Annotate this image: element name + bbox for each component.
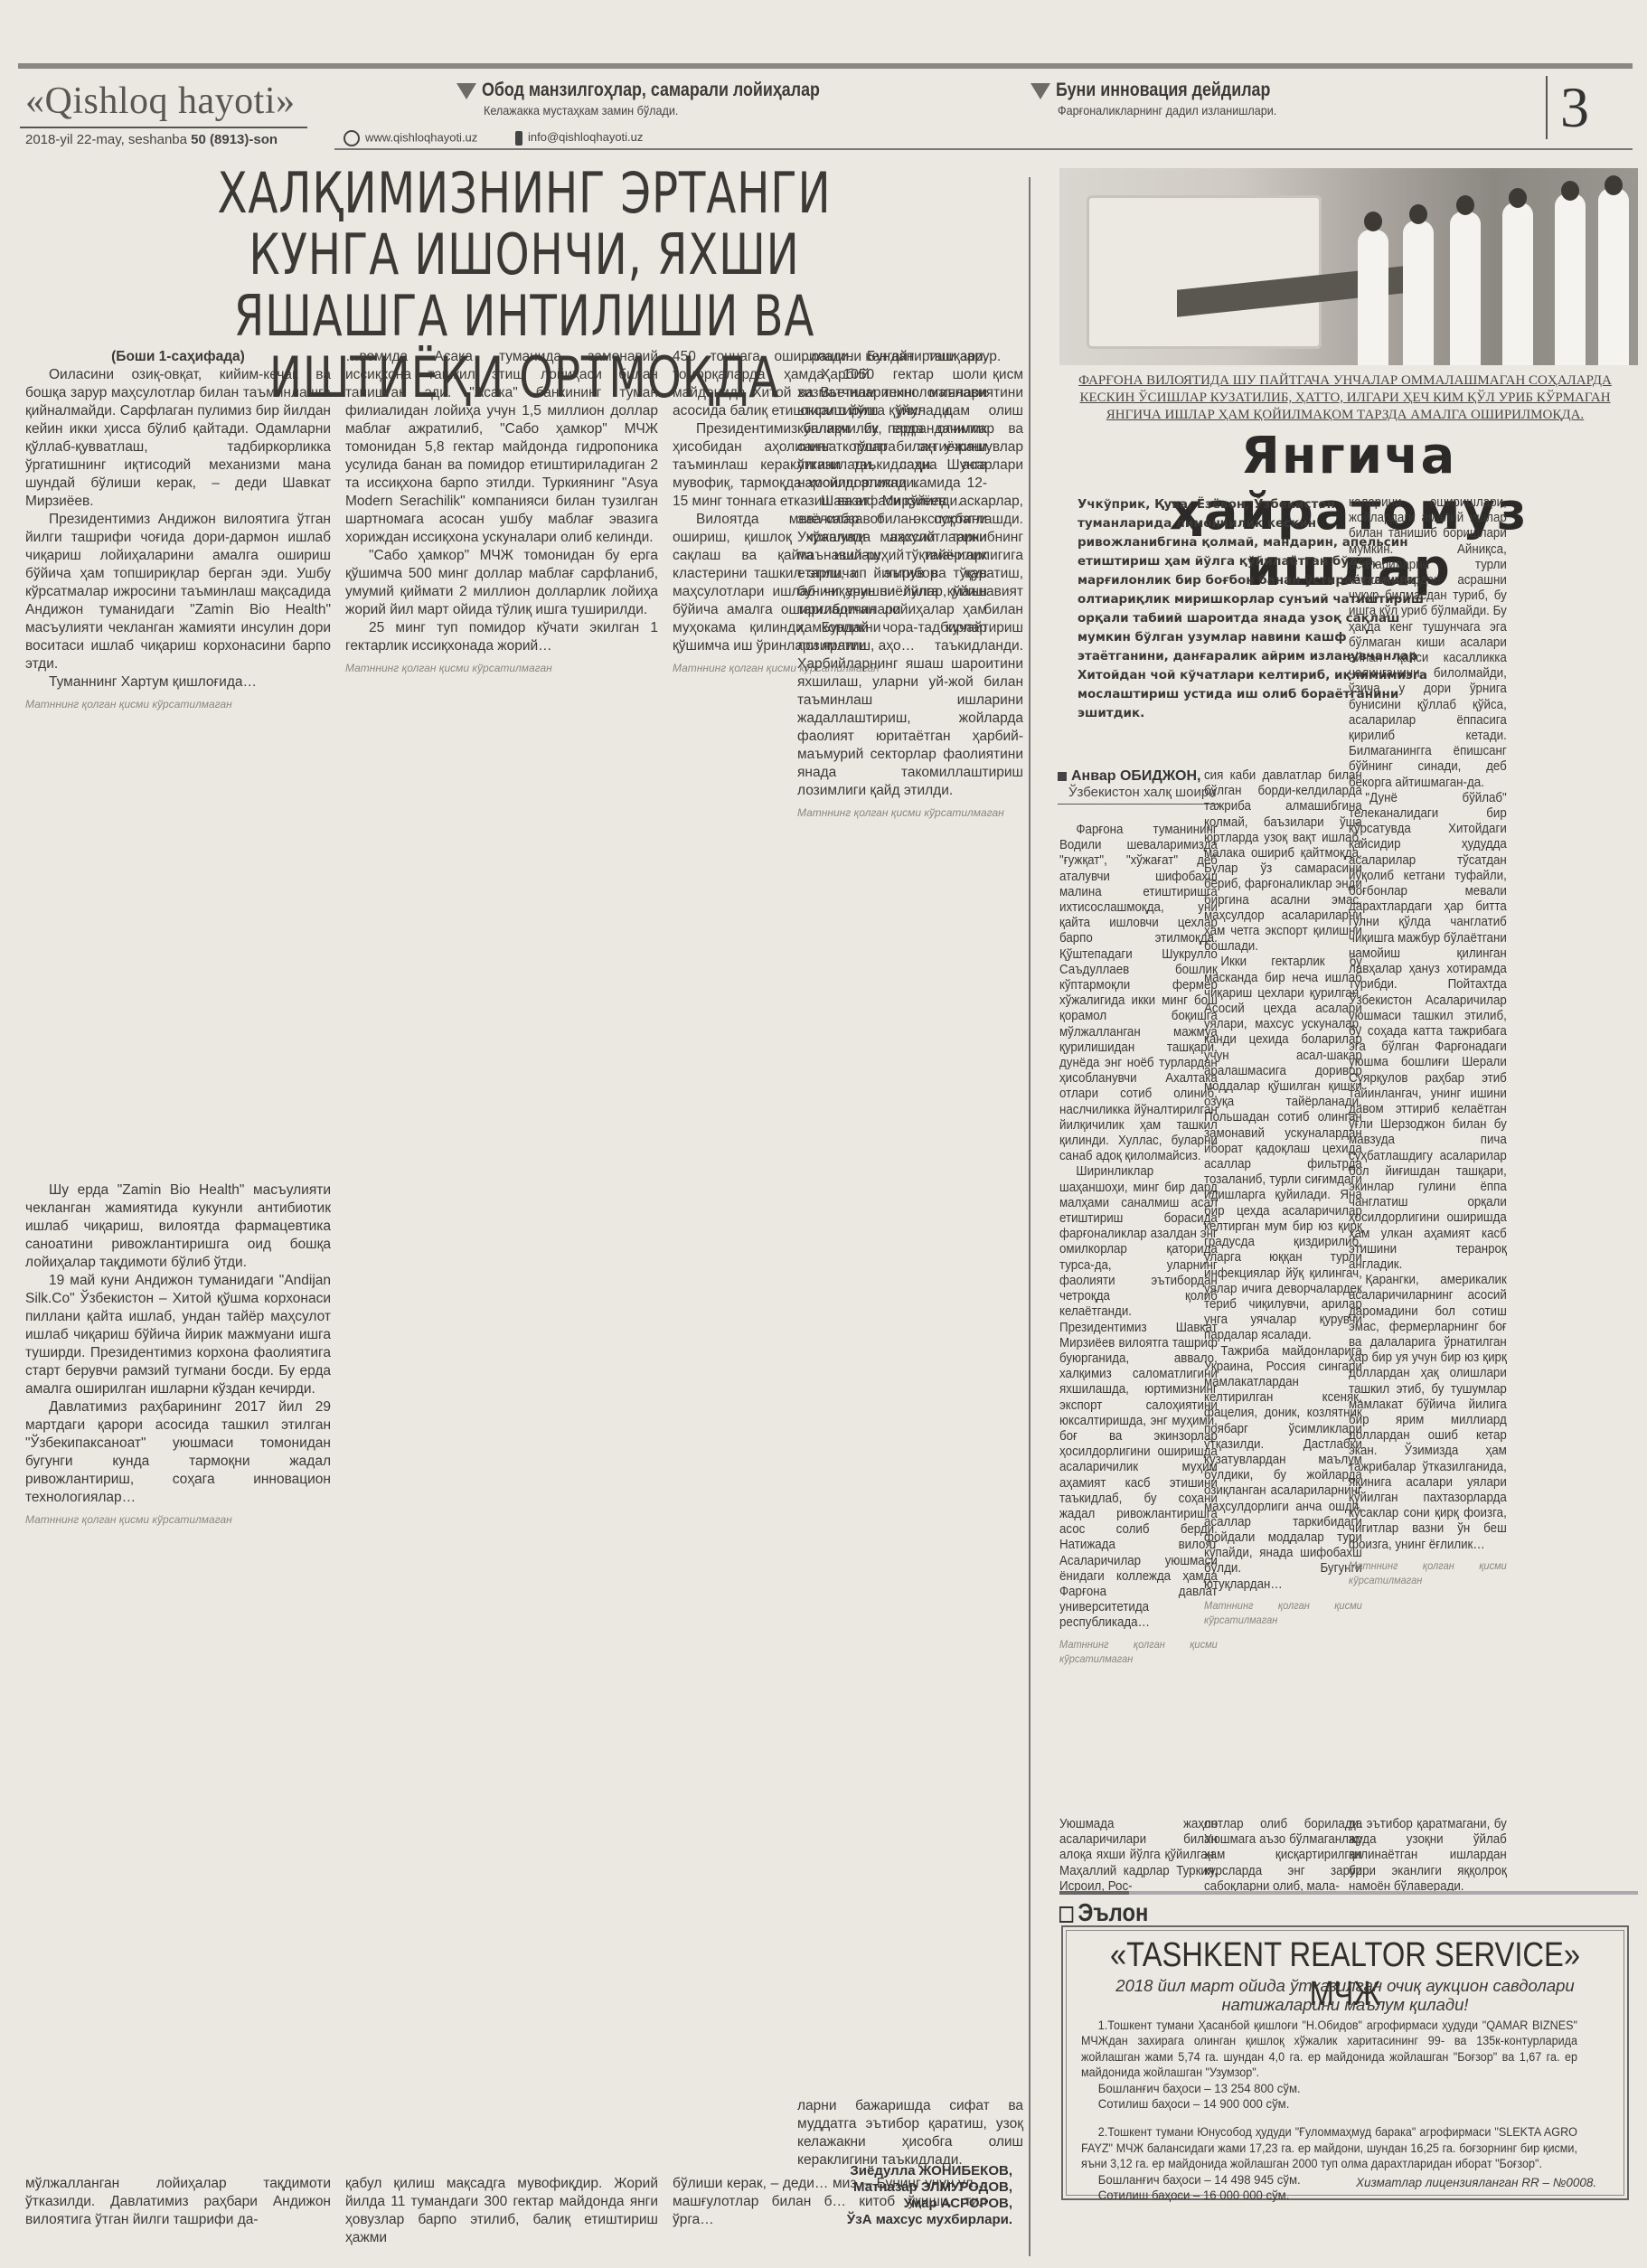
- paragraph: …рашини кенгайтириши зарур.: [797, 348, 1023, 366]
- triangle-down-icon: [1031, 83, 1050, 99]
- person-figure: [1450, 212, 1481, 365]
- masthead-top-rule: [18, 63, 1633, 69]
- lot-1-text: 1.Тошкент тумани Ҳасанбой қишлоғи "Н.Оби…: [1081, 2018, 1577, 2081]
- person-head: [1456, 195, 1474, 215]
- byline: Анвар ОБИДЖОН, Ўзбекистон халқ шоири: [1058, 768, 1220, 805]
- truncation-note: Матннинг қолган қисми кўрсатилмаган: [797, 805, 1023, 820]
- paragraph: мўлжалланган лойиҳалар тақдимоти ўтказил…: [25, 2175, 331, 2229]
- person-figure: [1403, 221, 1434, 365]
- truncation-note: Матннинг қолган қисми кўрсатилмаган: [1349, 1558, 1507, 1587]
- email-link[interactable]: info@qishloqhayoti.uz: [515, 130, 643, 146]
- person-figure: [1598, 188, 1629, 365]
- truncation-note: Матннинг қолган қисми кўрсатилмаган: [345, 661, 658, 675]
- side-article-column-3-end: да эътибор қаратмагани, бу жуда узоқни ў…: [1349, 1817, 1507, 1895]
- paragraph: "Дунё бўйлаб" телеканалидаги бир кўрсату…: [1349, 791, 1507, 1273]
- main-article-column-2: …вомида Асака туманида замонавий иссиқхо…: [345, 348, 658, 675]
- teaser-2[interactable]: Буни инновация дейдилар Фарғоналикларнин…: [1031, 80, 1308, 118]
- issue-number: 50 (8913)-son: [191, 132, 278, 147]
- person-head: [1364, 212, 1382, 231]
- license-note: Хизматлар лицензияланган RR – №0008.: [1356, 2176, 1596, 2189]
- announcement-label: Эълон: [1059, 1898, 1148, 1927]
- paragraph: лотлар олиб борилади. Уюшмага аъзо бўлма…: [1204, 1817, 1362, 1895]
- side-article-column-1: Фарғона туманининг Водили шеваларимизда …: [1059, 823, 1218, 1666]
- main-article-column-2-end: қабул қилиш мақсадга мувофиқдир. Жорий й…: [345, 2175, 658, 2247]
- person-figure: [1555, 193, 1586, 365]
- paragraph: Туманнинг Хартум қишлоғида…: [25, 673, 331, 692]
- main-article-column-1: (Боши 1-саҳифада) Оиласини озиқ-овқат, к…: [25, 348, 331, 1527]
- signature-affiliation: ЎзА махсус мухбирлари.: [795, 2212, 1012, 2228]
- paragraph: Шавкат Мирзиёев аскарлар, зиёлилар билан…: [797, 493, 1023, 800]
- photo-caption: ФАРҒОНА ВИЛОЯТИДА ШУ ПАЙТГАЧА УНЧАЛАР ОМ…: [1076, 372, 1614, 424]
- paragraph: Давлатимиз раҳбарининг 2017 йил 29 мартд…: [25, 1398, 331, 1507]
- issue-info: 2018-yil 22-may, seshanba 50 (8913)-son: [25, 132, 278, 147]
- machine-shape: [1087, 195, 1322, 349]
- paragraph: қабул қилиш мақсадга мувофиқдир. Жорий й…: [345, 2175, 658, 2247]
- triangle-down-icon: [456, 83, 476, 99]
- signature-2: Матназар ЭЛМУРОДОВ,: [795, 2179, 1012, 2196]
- person-figure: [1358, 230, 1388, 365]
- main-article-column-1-end: мўлжалланган лойиҳалар тақдимоти ўтказил…: [25, 2175, 331, 2229]
- paragraph: Тажриба майдонларига Украина, Россия син…: [1204, 1344, 1362, 1593]
- paragraph: "Сабо ҳамкор" МЧЖ томонидан бу ерга қўши…: [345, 547, 658, 619]
- main-article-column-4-end: ларни бажаришда сифат ва муддатга эътибо…: [797, 2097, 1023, 2169]
- page-number: 3: [1546, 76, 1589, 139]
- paragraph: Уюшмада жаҳон асаларичилари билан алоқа …: [1059, 1817, 1218, 1895]
- signature-3: Умар АСРОРОВ,: [795, 2196, 1012, 2212]
- side-article-column-2: сия каби давлатлар билан бўлган борди-ке…: [1204, 768, 1362, 1627]
- website-link[interactable]: www.qishloqhayoti.uz: [344, 130, 477, 146]
- issue-date: 2018-yil 22-may, seshanba: [25, 132, 187, 147]
- person-head: [1605, 175, 1623, 195]
- truncation-note: Матннинг қолган қисми кўрсатилмаган: [1059, 1637, 1218, 1666]
- teaser-1[interactable]: Обод манзилгоҳлар, самарали лойиҳалар Ке…: [456, 80, 880, 118]
- checkbox-icon: [1059, 1906, 1073, 1923]
- announcement-subtitle: 2018 йил март ойида ўтказилган очиқ аукц…: [1061, 1976, 1629, 2014]
- author-name: Анвар ОБИДЖОН,: [1058, 768, 1220, 785]
- paragraph: ларни бажаришда сифат ва муддатга эътибо…: [797, 2097, 1023, 2169]
- paragraph: каларини оширишлари, жойлардаги амалий и…: [1349, 495, 1507, 791]
- paragraph: 19 май куни Андижон туманидаги "Andijan …: [25, 1272, 331, 1398]
- paragraph: сия каби давлатлар билан бўлган борди-ке…: [1204, 768, 1362, 955]
- paragraph: Президентимиз Андижон вилоятига ўтган йи…: [25, 511, 331, 673]
- lot-2-sale-price: Сотилиш баҳоси – 16 000 000 сўм.: [1081, 2188, 1577, 2203]
- continued-from: (Боши 1-саҳифада): [25, 348, 331, 366]
- side-article-column-3: каларини оширишлари, жойлардаги амалий и…: [1349, 495, 1507, 1587]
- paragraph: …вомида Асака туманида замонавий иссиқхо…: [345, 348, 658, 547]
- side-article-column-1-end: Уюшмада жаҳон асаларичилари билан алоқа …: [1059, 1817, 1218, 1895]
- truncation-note: Матннинг қолган қисми кўрсатилмаган: [1204, 1598, 1362, 1627]
- phone-icon: [515, 131, 522, 146]
- globe-icon: [344, 130, 360, 146]
- side-article-column-2-end: лотлар олиб борилади. Уюшмага аъзо бўлма…: [1204, 1817, 1362, 1895]
- person-figure: [1502, 202, 1533, 365]
- newspaper-title: «Qishloq hayoti»: [25, 80, 296, 123]
- person-head: [1561, 181, 1579, 201]
- person-head: [1509, 188, 1527, 208]
- paragraph: Оиласини озиқ-овқат, кийим-кечак ва бошқ…: [25, 366, 331, 511]
- main-article-column-4: …рашини кенгайтириши зарур. Ҳарбий қисм …: [797, 348, 1023, 820]
- paragraph: да эътибор қаратмагани, бу жуда узоқни ў…: [1349, 1817, 1507, 1895]
- lot-1-start-price: Бошланғич баҳоси – 13 254 800 сўм.: [1081, 2081, 1577, 2096]
- signature-1: Зиёдулла ЖОНИБЕКОВ,: [795, 2163, 1012, 2179]
- masthead-bottom-rule: [334, 148, 1633, 150]
- lot-2-text: 2.Тошкент тумани Юнусобод ҳудуди "Ғуломм…: [1081, 2124, 1577, 2171]
- lot-1-sale-price: Сотилиш баҳоси – 14 900 000 сўм.: [1081, 2096, 1577, 2112]
- person-head: [1409, 204, 1427, 224]
- signatures: Зиёдулла ЖОНИБЕКОВ, Матназар ЭЛМУРОДОВ, …: [795, 2163, 1012, 2228]
- paragraph: Ширинликлар шаҳаншоҳи, минг бир дард мал…: [1059, 1164, 1218, 1631]
- truncation-note: Матннинг қолган қисми кўрсатилмаган: [25, 697, 331, 711]
- article-photo: [1059, 168, 1638, 365]
- truncation-note: Матннинг қолган қисми кўрсатилмаган: [25, 1512, 331, 1527]
- paragraph: Қарангки, америкалик асаларичиларнинг ас…: [1349, 1273, 1507, 1553]
- column-divider: [1029, 177, 1031, 2256]
- paragraph: 25 минг туп помидор кўчати экилган 1 гек…: [345, 619, 658, 655]
- paragraph: Икки гектарлик бу масканда бир неча ишла…: [1204, 955, 1362, 1343]
- paragraph: Ҳарбий қисм хизматчиларининг маънавиятин…: [797, 366, 1023, 493]
- announcement-rule: [1059, 1891, 1638, 1895]
- author-role: Ўзбекистон халқ шоири: [1058, 785, 1220, 805]
- title-underline: [20, 127, 307, 128]
- paragraph: Фарғона туманининг Водили шеваларимизда …: [1059, 823, 1218, 1164]
- paragraph: Шу ерда "Zamin Bio Health" масъулияти че…: [25, 1181, 331, 1272]
